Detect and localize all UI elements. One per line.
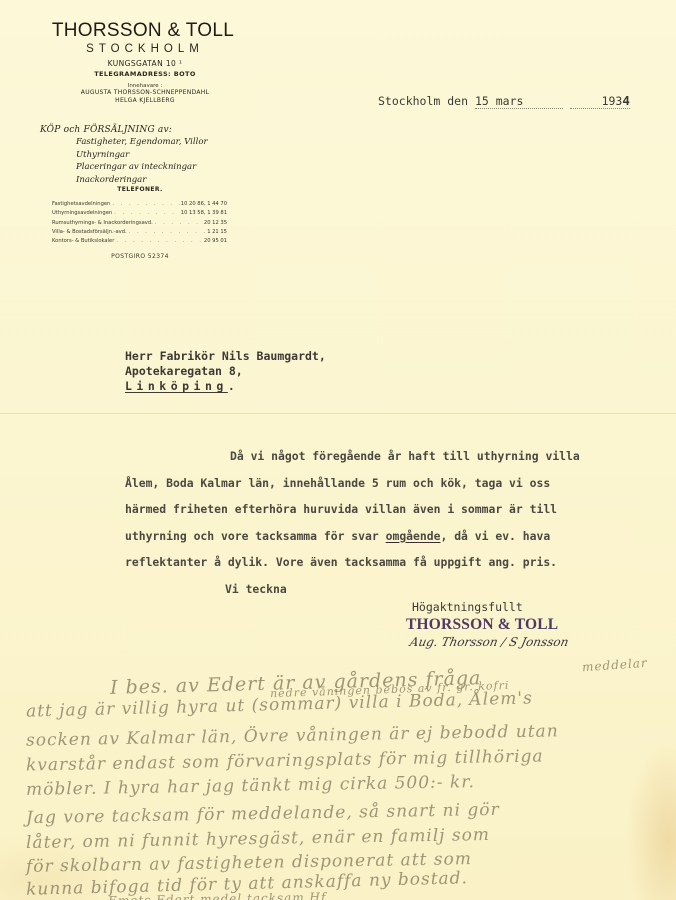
phone-dept: Kontors- & Butikslokaler <box>52 237 114 246</box>
service-item: Uthyrningar <box>76 149 208 162</box>
body-line: Då vi något föregående år haft till uthy… <box>125 443 645 470</box>
phone-dept: Rumsuthyrnings- & Inackorderingsavd. <box>52 219 153 228</box>
letterhead-telegram: TELEGRAMADRESS: BOTO <box>30 70 260 78</box>
date-day-month: 15 mars <box>475 94 563 109</box>
phone-row: Kontors- & Butikslokaler . . . . . . . .… <box>52 237 227 246</box>
service-item: Placeringar av inteckningar <box>76 161 208 174</box>
leader-dots: . . . . . . . . . . . . . . . <box>112 209 181 218</box>
recipient-name: Herr Fabrikör Nils Baumgardt, <box>125 349 326 364</box>
phones-title: TELEFONER. <box>40 186 240 193</box>
phone-number: 10 13 58, 1 39 81 <box>181 209 227 218</box>
phone-row: Uthyrningsavdelningen . . . . . . . . . … <box>52 209 227 218</box>
service-item: Fastigheter, Egendomar, Villor <box>76 136 208 149</box>
letterhead-street: KUNGSGATAN 10 ¹ <box>30 59 260 68</box>
paper-fold-line <box>0 413 676 414</box>
letterhead-city: STOCKHOLM <box>30 43 260 55</box>
signature-block: Högaktningsfullt THORSSON & TOLL Aug. Th… <box>412 600 568 649</box>
recipient-street: Apotekaregatan 8, <box>125 364 326 379</box>
leader-dots: . . . . . . . . . . . . . . . <box>127 228 207 237</box>
handwritten-signature: Aug. Thorsson / S Jonsson <box>409 635 570 649</box>
phone-row: Villa- & Bostadsförsäljn.-avd. . . . . .… <box>52 228 227 237</box>
recipient-address: Herr Fabrikör Nils Baumgardt, Apotekareg… <box>125 349 326 394</box>
underlined-word: omgående <box>386 529 441 543</box>
recipient-city-line: Linköping. <box>125 379 326 394</box>
closing-phrase: Vi teckna <box>125 576 645 603</box>
letterhead-services: KÖP och FÖRSÄLJNING av: Fastigheter, Ege… <box>40 125 208 186</box>
body-line: härmed friheten efterhöra huruvida villa… <box>125 496 645 523</box>
phone-dept: Fastighetsavdelningen <box>52 200 110 209</box>
phone-list: Fastighetsavdelningen . . . . . . . . . … <box>52 200 227 246</box>
date-year: 1934 <box>570 93 630 109</box>
service-item: Inackorderingar <box>76 174 208 187</box>
phone-dept: Uthyrningsavdelningen <box>52 209 112 218</box>
phone-dept: Villa- & Bostadsförsäljn.-avd. <box>52 228 127 237</box>
letterhead: THORSSON & TOLL STOCKHOLM KUNGSGATAN 10 … <box>30 20 260 105</box>
letterhead-owner: HELGA KJELLBERG <box>30 97 260 105</box>
phone-number: 20 95 01 <box>204 237 227 246</box>
body-line: reflektanter å dylik. Vore även tacksamm… <box>125 549 645 576</box>
phone-row: Rumsuthyrnings- & Inackorderingsavd. . .… <box>52 219 227 228</box>
leader-dots: . . . . . . . . . . . . . . . <box>153 219 204 228</box>
phone-number: 1 21 15 <box>207 228 227 237</box>
phone-number: 10 20 86, 1 44 70 <box>181 200 227 209</box>
recipient-city: Linköping <box>125 379 228 393</box>
date-line: Stockholm den 15 mars 1934 <box>378 93 630 109</box>
services-heading: KÖP och FÖRSÄLJNING av: <box>40 125 208 135</box>
letterhead-company: THORSSON & TOLL <box>26 20 260 42</box>
phone-row: Fastighetsavdelningen . . . . . . . . . … <box>52 200 227 209</box>
services-list: Fastigheter, Egendomar, Villor Uthyrning… <box>76 136 208 186</box>
body-line: uthyrning och vore tacksamma för svar om… <box>125 523 645 550</box>
phone-number: 20 12 35 <box>204 219 227 228</box>
body-line: Ålem, Boda Kalmar län, innehållande 5 ru… <box>125 470 645 497</box>
date-prefix: Stockholm den <box>378 94 468 108</box>
regards: Högaktningsfullt <box>412 600 568 614</box>
company-stamp: THORSSON & TOLL <box>406 616 568 634</box>
letterhead-owner: AUGUSTA THORSSON-SCHNEPPENDAHL <box>30 89 260 97</box>
letter-body: Då vi något föregående år haft till uthy… <box>125 443 645 602</box>
leader-dots: . . . . . . . . . . . . . . . <box>114 237 204 246</box>
postgiro: POSTGIRO 52374 <box>40 253 240 260</box>
leader-dots: . . . . . . . . . . . . . . . <box>110 200 180 209</box>
